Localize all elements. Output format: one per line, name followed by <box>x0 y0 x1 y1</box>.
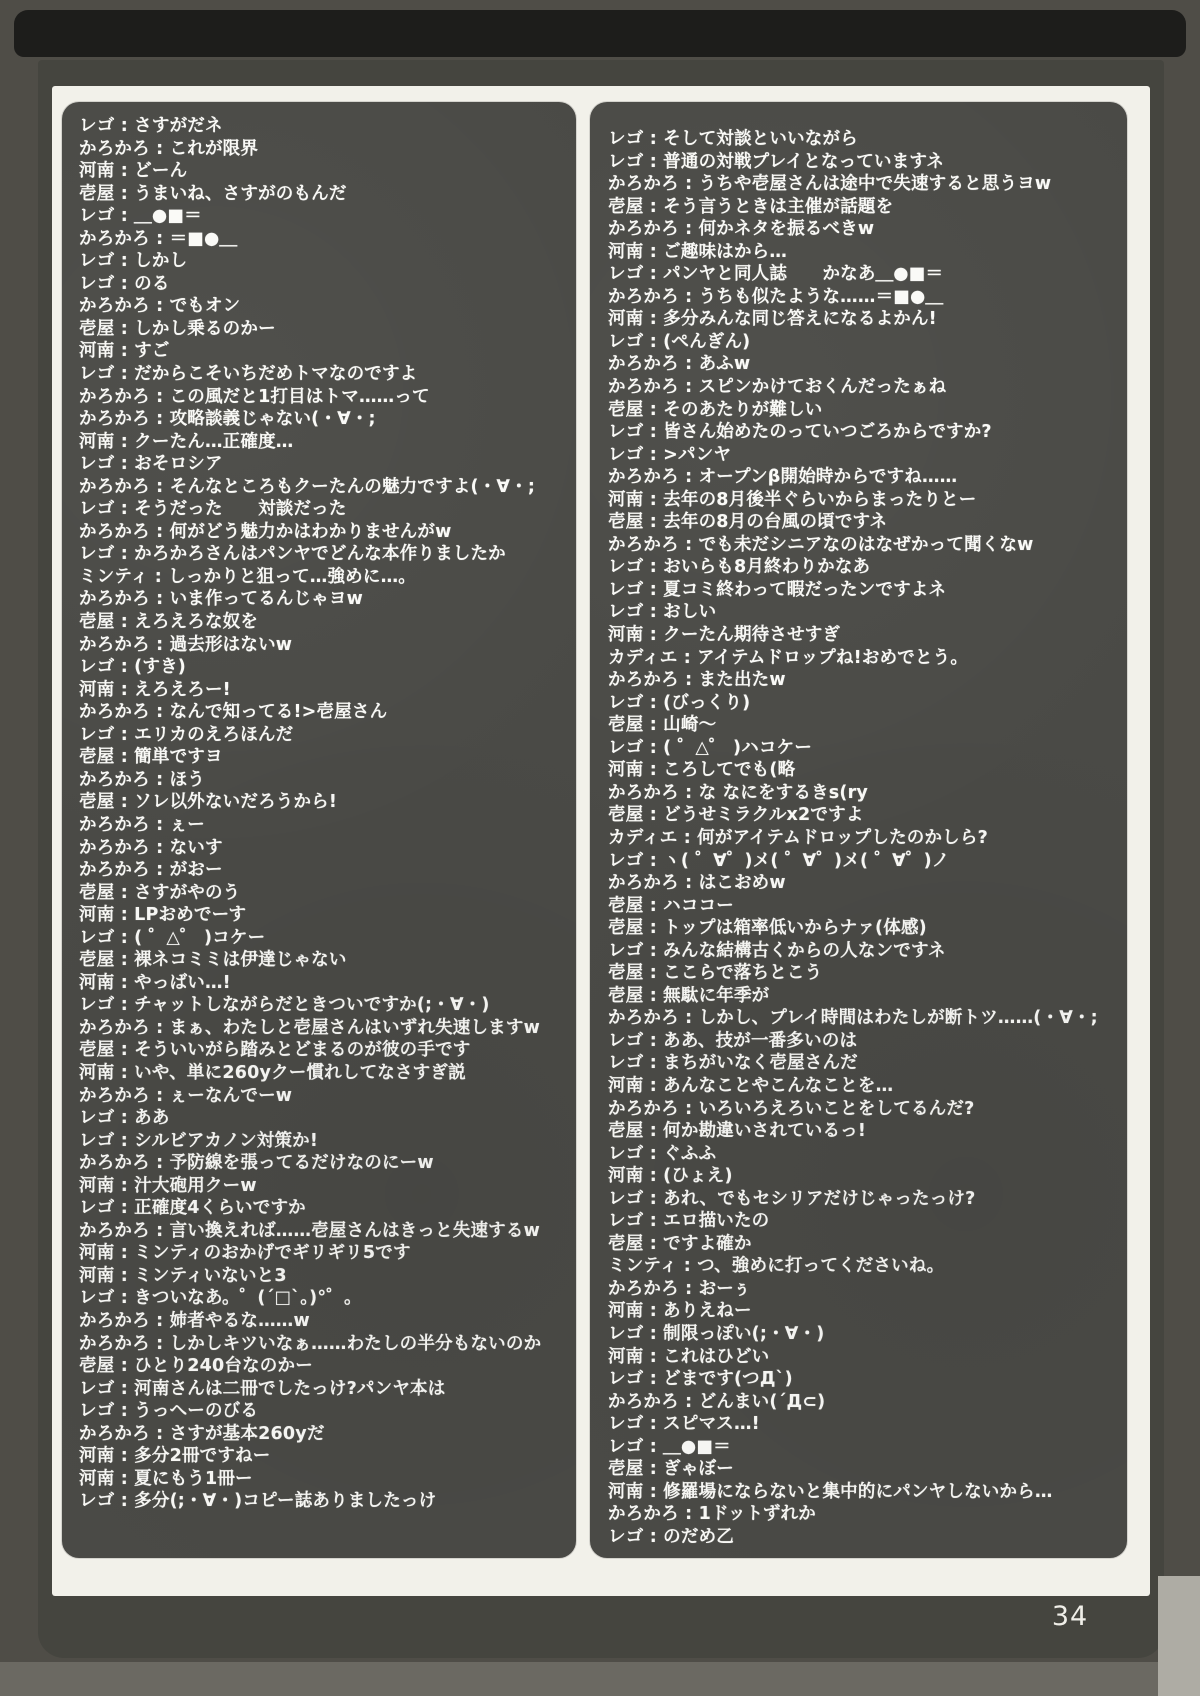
chat-line: かろかろ : でも未だシニアなのはなぜかって聞くなw <box>608 534 1117 557</box>
chat-line: かろかろ : ＝■●＿ <box>79 228 562 251</box>
chat-line: 河南 : いや、単に260yクー慣れしてなさすぎ説 <box>79 1062 562 1085</box>
chat-line: レゴ : エロ描いたの <box>608 1210 1117 1233</box>
chat-line: かろかろ : おーぅ <box>608 1278 1117 1301</box>
chat-line: 河南 : ミンティのおかげでギリギリ5です <box>79 1242 562 1265</box>
chat-line: レゴ : おいらも8月終わりかなあ <box>608 556 1117 579</box>
chat-line: 河南 : 多分みんな同じ答えになるよかん! <box>608 308 1117 331</box>
chat-line: かろかろ : ぇー <box>79 814 562 837</box>
chat-line: 河南 : どーん <box>79 160 562 183</box>
chat-line: レゴ : うっへーのびる <box>79 1400 562 1423</box>
chat-line: 壱屋 : うまいね、さすがのもんだ <box>79 183 562 206</box>
chat-line: レゴ : あれ、でもセシリアだけじゃったっけ? <box>608 1188 1117 1211</box>
chat-line: レゴ : エリカのえろほんだ <box>79 724 562 747</box>
chat-line: かろかろ : な なにをするきs(ry <box>608 782 1117 805</box>
chat-line: 河南 : ありえねー <box>608 1300 1117 1323</box>
chat-line: 壱屋 : 裸ネコミミは伊達じゃない <box>79 949 562 972</box>
chat-line: 壱屋 : ひとり240台なのかー <box>79 1355 562 1378</box>
chat-line: 河南 : ミンティいないと3 <box>79 1265 562 1288</box>
chat-line: かろかろ : 1ドットずれか <box>608 1503 1117 1526</box>
chat-line: 壱屋 : しかし乗るのかー <box>79 318 562 341</box>
chat-line: レゴ : >パンヤ <box>608 444 1117 467</box>
chat-line: レゴ : 普通の対戦プレイとなっていますネ <box>608 151 1117 174</box>
chat-line: レゴ : 夏コミ終わって暇だったンですよネ <box>608 579 1117 602</box>
chat-line: 河南 : 夏にもう1冊ー <box>79 1468 562 1491</box>
chat-line: レゴ : かろかろさんはパンヤでどんな本作りましたか <box>79 543 562 566</box>
chat-line: レゴ : 多分(;・∀・)コピー誌ありましたっけ <box>79 1490 562 1513</box>
chat-line: かろかろ : はこおめw <box>608 872 1117 895</box>
chat-line: 壱屋 : さすがやのう <box>79 882 562 905</box>
chat-line: レゴ : ぐふふ <box>608 1143 1117 1166</box>
chat-line: レゴ : シルビアカノン対策か! <box>79 1130 562 1153</box>
chat-line: レゴ : ああ、技が一番多いのは <box>608 1030 1117 1053</box>
chat-line: レゴ : 皆さん始めたのっていつごろからですか? <box>608 421 1117 444</box>
chat-line: レゴ : ＿●■＝ <box>608 1436 1117 1459</box>
chat-line: 壱屋 : トップは箱率低いからナァ(体感) <box>608 917 1117 940</box>
chat-line: 壱屋 : そう言うときは主催が話題を <box>608 196 1117 219</box>
chat-line: 河南 : クーたん期待させすぎ <box>608 624 1117 647</box>
chat-line: かろかろ : そんなところもクーたんの魅力ですよ(・∀・; <box>79 476 562 499</box>
chat-line: レゴ : きついなあ。゜(´□`。)°゜。 <box>79 1287 562 1310</box>
chat-line: かろかろ : うちも似たような……＝■●＿ <box>608 286 1117 309</box>
chat-line: かろかろ : いろいろえろいことをしてるんだ? <box>608 1098 1117 1121</box>
chat-line: レゴ : のだめ乙 <box>608 1526 1117 1549</box>
chat-line: 壱屋 : 去年の8月の台風の頃ですネ <box>608 511 1117 534</box>
chat-line: レゴ : 正確度4くらいですか <box>79 1197 562 1220</box>
chat-line: かろかろ : 何がどう魅力かはわかりませんがw <box>79 521 562 544</box>
chat-line: レゴ : しかし <box>79 250 562 273</box>
chat-line: かろかろ : ないす <box>79 837 562 860</box>
chat-line: カディエ : 何がアイテムドロップしたのかしら? <box>608 827 1117 850</box>
chat-line: かろかろ : がおー <box>79 859 562 882</box>
chat-line: 河南 : (ひょえ) <box>608 1165 1117 1188</box>
chat-line: 河南 : あんなことやこんなことを… <box>608 1075 1117 1098</box>
chat-line: かろかろ : あふw <box>608 353 1117 376</box>
chat-line: かろかろ : この風だと1打目はトマ……って <box>79 386 562 409</box>
chat-line: レゴ : そうだった 対談だった <box>79 498 562 521</box>
chat-line: 河南 : やっばい…! <box>79 972 562 995</box>
scanned-doujin-page: { "page": { "number": "34" }, "left_colu… <box>0 0 1200 1696</box>
chat-line: カディエ : アイテムドロップね!おめでとう。 <box>608 647 1117 670</box>
chat-line: レゴ : (びっくり) <box>608 692 1117 715</box>
chat-line: かろかろ : 言い換えれば……壱屋さんはきっと失速するw <box>79 1220 562 1243</box>
chat-line: ミンティ : しっかりと狙って…強めに…。 <box>79 566 562 589</box>
chat-line: 壱屋 : ハココー <box>608 895 1117 918</box>
chat-line: かろかろ : まぁ、わたしと壱屋さんはいずれ失速しますw <box>79 1017 562 1040</box>
chat-line: 河南 : ころしてでも(略 <box>608 759 1117 782</box>
chat-line: レゴ : ( ゜△゜ )ハコケー <box>608 737 1117 760</box>
chat-line: かろかろ : さすが基本260yだ <box>79 1423 562 1446</box>
chat-line: かろかろ : 予防線を張ってるだけなのにーw <box>79 1152 562 1175</box>
chat-line: かろかろ : これが限界 <box>79 138 562 161</box>
chat-line: 河南 : 汁大砲用クーw <box>79 1175 562 1198</box>
chat-line: 壱屋 : どうせミラクルx2ですよ <box>608 804 1117 827</box>
chat-line: レゴ : のる <box>79 273 562 296</box>
chat-line: かろかろ : でもオン <box>79 295 562 318</box>
chat-line: レゴ : だからこそいちだめトマなのですよ <box>79 363 562 386</box>
chat-line: かろかろ : どんまい(´Д⊂) <box>608 1391 1117 1414</box>
chat-line: かろかろ : なんで知ってる!>壱屋さん <box>79 701 562 724</box>
chat-line: レゴ : おそロシア <box>79 453 562 476</box>
chat-line: レゴ : みんな結構古くからの人なンですネ <box>608 940 1117 963</box>
chat-line: 河南 : えろえろー! <box>79 679 562 702</box>
chat-line: レゴ : ヽ( ゜∀゜)メ( ゜∀゜)メ( ゜∀゜)ノ <box>608 850 1117 873</box>
chat-line: 河南 : ご趣味はから… <box>608 241 1117 264</box>
chat-line: 壱屋 : そのあたりが難しい <box>608 399 1117 422</box>
chat-line: レゴ : ＿●■＝ <box>79 205 562 228</box>
chat-line: かろかろ : また出たw <box>608 669 1117 692</box>
chat-line: かろかろ : 過去形はないw <box>79 634 562 657</box>
chat-line: レゴ : 河南さんは二冊でしたっけ?パンヤ本は <box>79 1378 562 1401</box>
chat-line: かろかろ : うちや壱屋さんは途中で失速すると思うヨw <box>608 173 1117 196</box>
chat-line: かろかろ : オープンβ開始時からですね…… <box>608 466 1117 489</box>
chat-line: レゴ : さすがだネ <box>79 115 562 138</box>
chat-line: 河南 : すご <box>79 340 562 363</box>
chat-line: 河南 : 修羅場にならないと集中的にパンヤしないから… <box>608 1481 1117 1504</box>
chat-line: かろかろ : ほう <box>79 769 562 792</box>
chat-line: かろかろ : スピンかけておくんだったぁね <box>608 376 1117 399</box>
scan-bottom-edge <box>0 1662 1200 1696</box>
chat-line: かろかろ : しかし、プレイ時間はわたしが断トツ……(・∀・; <box>608 1007 1117 1030</box>
chat-line: 河南 : クーたん…正確度… <box>79 431 562 454</box>
chat-line: 壱屋 : ソレ以外ないだろうから! <box>79 791 562 814</box>
chat-line: レゴ : パンヤと同人誌 かなあ＿●■＝ <box>608 263 1117 286</box>
chat-line: 河南 : これはひどい <box>608 1346 1117 1369</box>
chat-line: レゴ : (ぺんぎん) <box>608 331 1117 354</box>
chat-line: レゴ : まちがいなく壱屋さんだ <box>608 1052 1117 1075</box>
chat-line: かろかろ : 姉者やるな……w <box>79 1310 562 1333</box>
chat-line: 壱屋 : 山崎〜 <box>608 714 1117 737</box>
page-number: 34 <box>1040 1601 1100 1632</box>
chat-line: 壱屋 : ですよ確か <box>608 1233 1117 1256</box>
scan-top-edge-band <box>14 10 1186 57</box>
chat-line: レゴ : ああ <box>79 1107 562 1130</box>
chat-line: 壱屋 : ぎゃぼー <box>608 1458 1117 1481</box>
chat-line: レゴ : おしい <box>608 601 1117 624</box>
chat-line: 壱屋 : えろえろな奴を <box>79 611 562 634</box>
chat-line: かろかろ : ぇーなんでーw <box>79 1085 562 1108</box>
chat-line: レゴ : どまです(つД`) <box>608 1368 1117 1391</box>
chat-line: かろかろ : 攻略談義じゃない(・∀・; <box>79 408 562 431</box>
chat-line: かろかろ : しかしキツいなぁ……わたしの半分もないのか <box>79 1333 562 1356</box>
chat-line: 河南 : 多分2冊ですねー <box>79 1445 562 1468</box>
chat-line: かろかろ : いま作ってるんじゃヨw <box>79 588 562 611</box>
chat-line: 壱屋 : 無駄に年季が <box>608 985 1117 1008</box>
chat-line: 壱屋 : 簡単ですヨ <box>79 746 562 769</box>
chat-line: 河南 : LPおめでーす <box>79 904 562 927</box>
chat-line: 壱屋 : ここらで落ちとこう <box>608 962 1117 985</box>
chat-log-panel-left: レゴ : さすがだネかろかろ : これが限界河南 : どーん壱屋 : うまいね、… <box>62 102 576 1558</box>
chat-line: レゴ : スピマス…! <box>608 1413 1117 1436</box>
chat-line: ミンティ : つ、強めに打ってくださいね。 <box>608 1255 1117 1278</box>
scan-corner-highlight <box>1158 1576 1200 1696</box>
chat-line: レゴ : (すき) <box>79 656 562 679</box>
chat-line: レゴ : チャットしながらだときついですか(;・∀・) <box>79 994 562 1017</box>
chat-line: 壱屋 : 何か勘違いされているっ! <box>608 1120 1117 1143</box>
chat-log-panel-right: レゴ : そして対談といいながらレゴ : 普通の対戦プレイとなっていますネかろか… <box>590 102 1127 1558</box>
chat-line: レゴ : そして対談といいながら <box>608 128 1117 151</box>
chat-line: レゴ : 制限っぽい(;・∀・) <box>608 1323 1117 1346</box>
chat-line: レゴ : ( ゜△゜ )コケー <box>79 927 562 950</box>
chat-line: 河南 : 去年の8月後半ぐらいからまったりとー <box>608 489 1117 512</box>
chat-line: 壱屋 : そういいがら踏みとどまるのが彼の手です <box>79 1039 562 1062</box>
chat-line: かろかろ : 何かネタを振るべきw <box>608 218 1117 241</box>
